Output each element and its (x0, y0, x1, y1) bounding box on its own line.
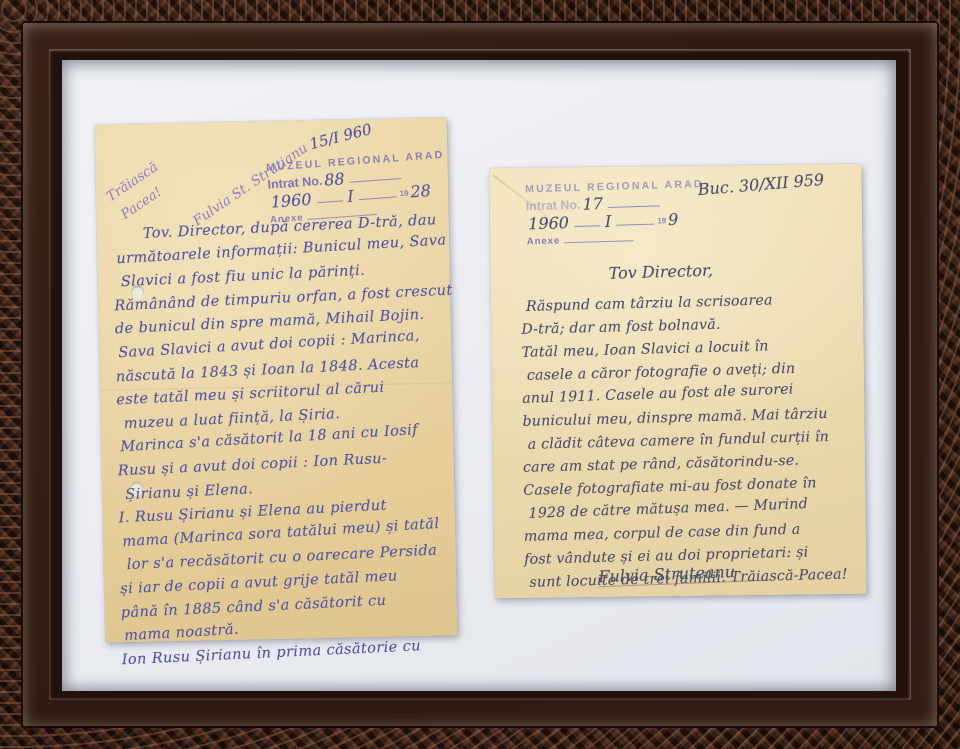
letter-body: Tov. Director, după cererea D-tră, dau u… (113, 217, 452, 672)
stamp-line (317, 199, 343, 203)
salutation: Tov Director, (608, 261, 713, 283)
stamp-year: 1960 (528, 216, 569, 231)
handwritten-date: Buc. 30/XII 959 (697, 170, 825, 199)
stamp-intrat-label: Intrat No. (267, 174, 323, 192)
framed-letters-photo: Trăiască Pacea! Fulvia St. Strutianu 15/… (0, 0, 960, 749)
stamp-line (350, 177, 402, 183)
letter-left: Trăiască Pacea! Fulvia St. Strutianu 15/… (95, 117, 458, 642)
stamp-intrat-label: Intrat No. (526, 198, 581, 214)
stamp-line (563, 239, 633, 243)
stamp-line (616, 223, 654, 226)
stamp-line (359, 195, 397, 200)
stamp-day: 28 (410, 184, 431, 199)
stamp-line (608, 204, 660, 208)
stamp-year-prefix: 19 (657, 216, 666, 225)
stamp-line (574, 224, 600, 227)
stamp-day: 9 (668, 213, 679, 227)
stamp-anexe-label: Anexe (527, 235, 561, 247)
letter-right: MUZEUL REGIONAL ARAD Intrat No. 17 1960 … (489, 164, 866, 599)
registry-stamp: MUZEUL REGIONAL ARAD Intrat No. 17 1960 … (525, 178, 705, 247)
stamp-month: I (605, 215, 612, 229)
letter-body: Răspund cam târziu la scrisoarea D-tră; … (521, 292, 855, 595)
stamp-month: I (347, 190, 354, 204)
stamp-entry-number: 17 (582, 197, 603, 212)
stamp-entry-number: 88 (324, 172, 345, 187)
handwritten-date: 15/I 960 (308, 120, 374, 153)
stamp-year: 1960 (270, 193, 312, 210)
stamp-museum-name: MUZEUL REGIONAL ARAD (525, 178, 704, 195)
stamp-year-prefix: 19 (399, 189, 409, 199)
